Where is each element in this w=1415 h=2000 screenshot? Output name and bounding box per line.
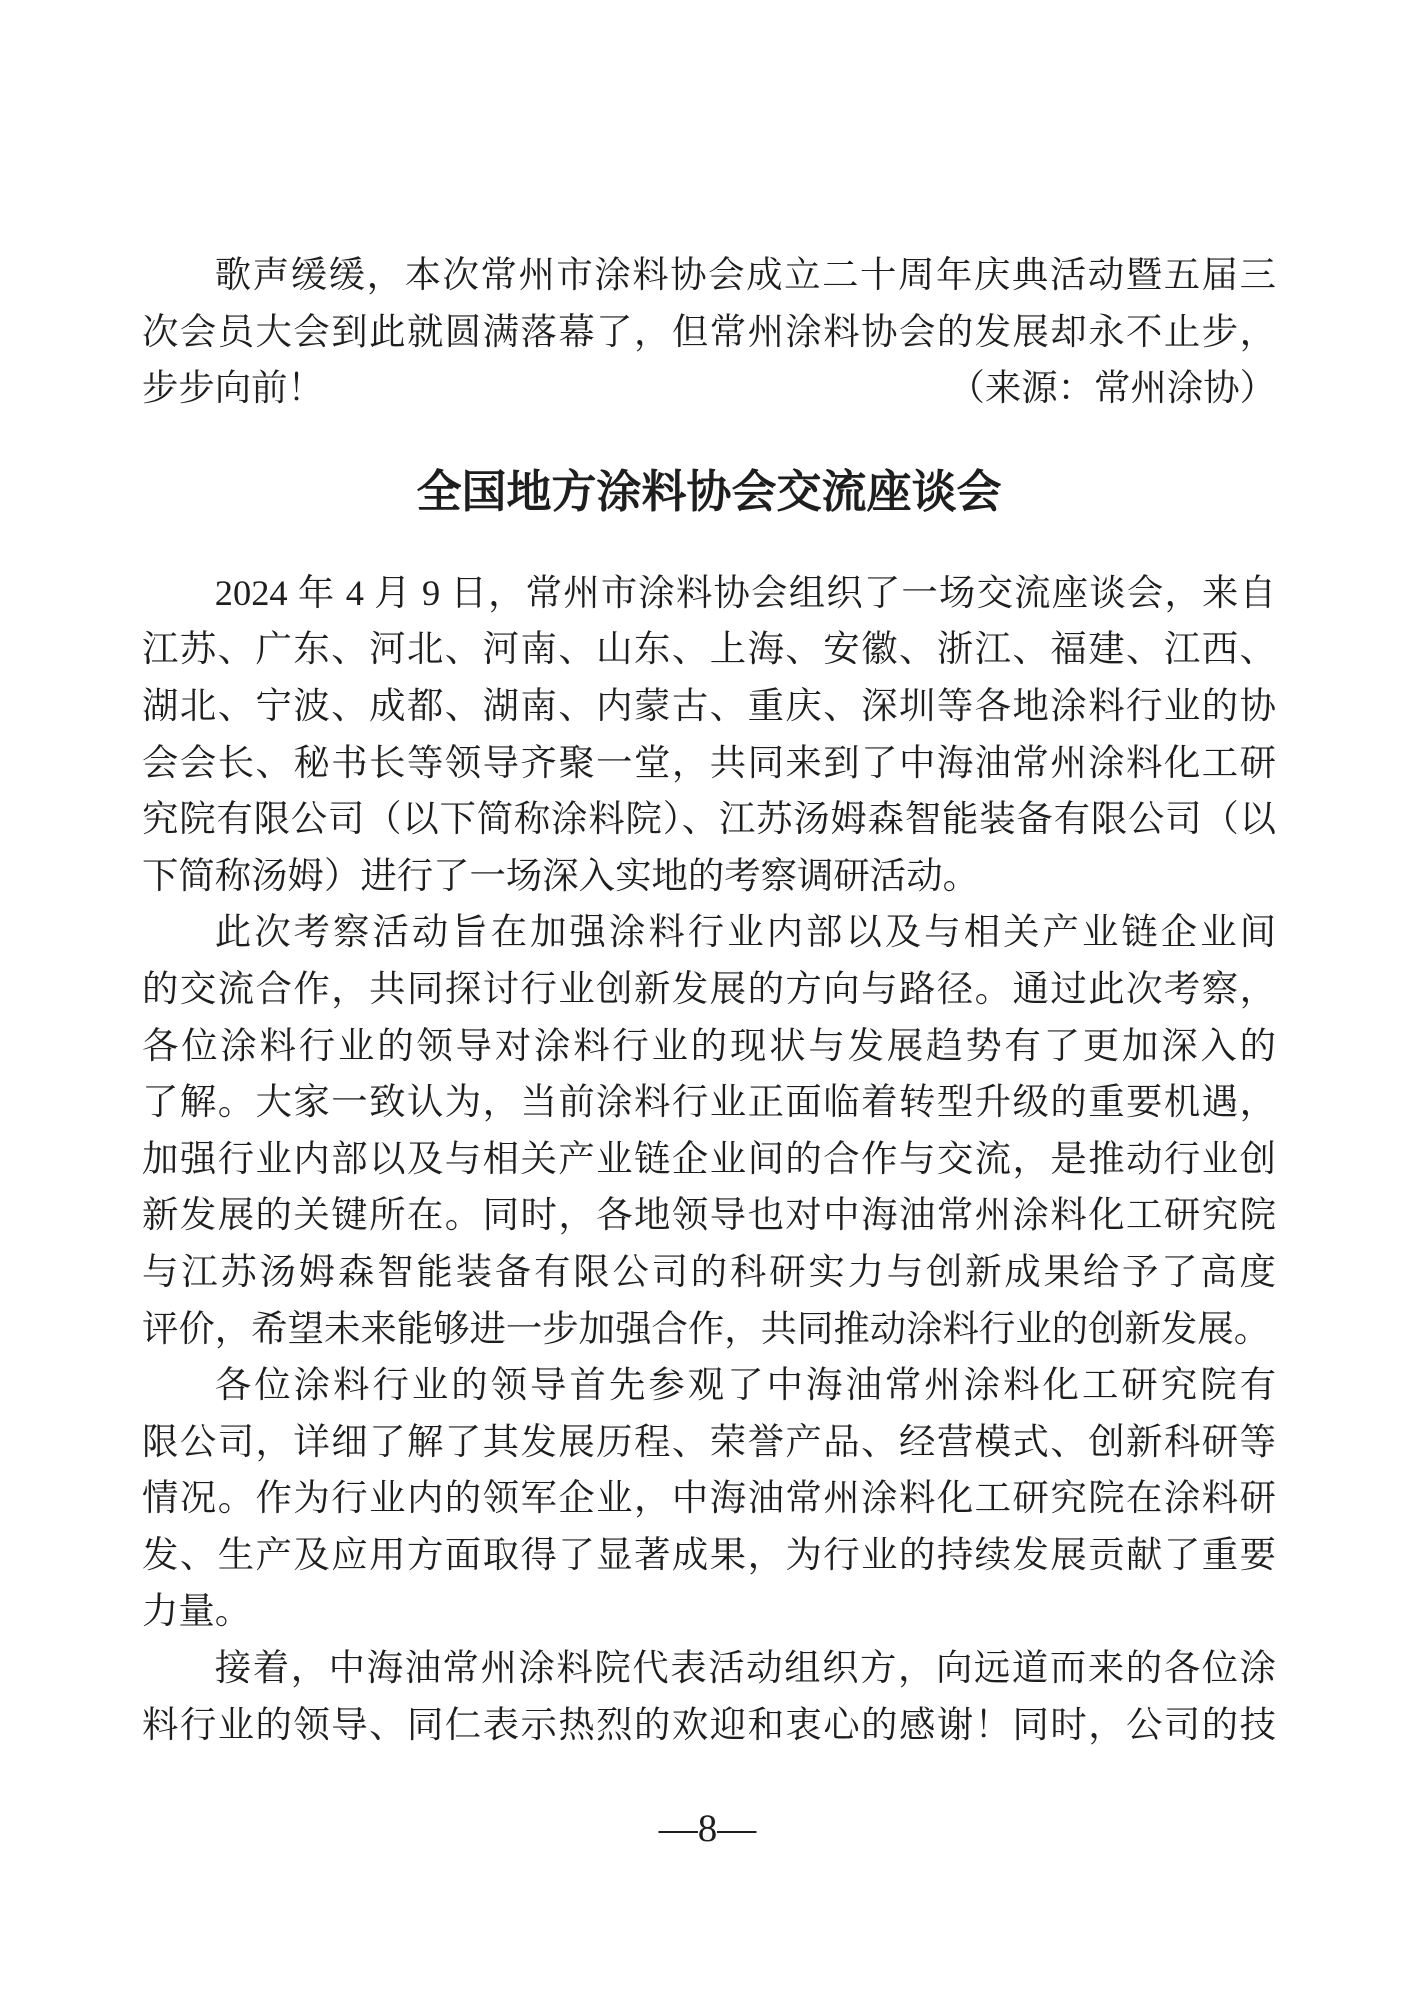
text-line: 料行业的领导、同仁表示热烈的欢迎和衷心的感谢！同时，公司的技: [142, 1697, 1276, 1754]
text-line: 下简称汤姆）进行了一场深入实地的考察调研活动。: [142, 848, 1276, 905]
text-line: 的交流合作，共同探讨行业创新发展的方向与路径。通过此次考察，: [142, 961, 1276, 1018]
closing-phrase: 步步向前！: [142, 360, 324, 417]
paragraph-3: 各位涂料行业的领导首先参观了中海油常州涂料化工研究院有 限公司，详细了解了其发展…: [142, 1357, 1276, 1640]
text-line: 接着，中海油常州涂料院代表活动组织方，向远道而来的各位涂: [142, 1640, 1276, 1697]
paragraph-2: 此次考察活动旨在加强涂料行业内部以及与相关产业链企业间 的交流合作，共同探讨行业…: [142, 904, 1276, 1357]
text-line: 发、生产及应用方面取得了显著成果，为行业的持续发展贡献了重要: [142, 1527, 1276, 1584]
text-line: 湖北、宁波、成都、湖南、内蒙古、重庆、深圳等各地涂料行业的协: [142, 678, 1276, 735]
source-attribution: （来源：常州涂协）: [948, 360, 1276, 417]
text-column: 歌声缓缓，本次常州市涂料协会成立二十周年庆典活动暨五届三 次会员大会到此就圆满落…: [142, 247, 1276, 1753]
text-line: 歌声缓缓，本次常州市涂料协会成立二十周年庆典活动暨五届三: [142, 247, 1276, 304]
text-line: 各位涂料行业的领导对涂料行业的现状与发展趋势有了更加深入的: [142, 1018, 1276, 1075]
article-title: 全国地方涂料协会交流座谈会: [142, 462, 1276, 522]
text-line: 2024 年 4 月 9 日，常州市涂料协会组织了一场交流座谈会，来自: [142, 565, 1276, 622]
text-line: 力量。: [142, 1583, 1276, 1640]
text-line: 与江苏汤姆森智能装备有限公司的科研实力与创新成果给予了高度: [142, 1244, 1276, 1301]
closing-paragraph: 歌声缓缓，本次常州市涂料协会成立二十周年庆典活动暨五届三 次会员大会到此就圆满落…: [142, 247, 1276, 417]
text-line: 新发展的关键所在。同时，各地领导也对中海油常州涂料化工研究院: [142, 1187, 1276, 1244]
text-line: 限公司，详细了解了其发展历程、荣誉产品、经营模式、创新科研等: [142, 1414, 1276, 1471]
paragraph-1: 2024 年 4 月 9 日，常州市涂料协会组织了一场交流座谈会，来自 江苏、广…: [142, 565, 1276, 905]
text-line: 加强行业内部以及与相关产业链企业间的合作与交流，是推动行业创: [142, 1131, 1276, 1188]
document-page: 歌声缓缓，本次常州市涂料协会成立二十周年庆典活动暨五届三 次会员大会到此就圆满落…: [0, 0, 1415, 2000]
text-line: 此次考察活动旨在加强涂料行业内部以及与相关产业链企业间: [142, 904, 1276, 961]
paragraph-4: 接着，中海油常州涂料院代表活动组织方，向远道而来的各位涂 料行业的领导、同仁表示…: [142, 1640, 1276, 1753]
text-line: 会会长、秘书长等领导齐聚一堂，共同来到了中海油常州涂料化工研: [142, 735, 1276, 792]
text-line: 各位涂料行业的领导首先参观了中海油常州涂料化工研究院有: [142, 1357, 1276, 1414]
text-line: 了解。大家一致认为，当前涂料行业正面临着转型升级的重要机遇，: [142, 1074, 1276, 1131]
text-line: 江苏、广东、河北、河南、山东、上海、安徽、浙江、福建、江西、: [142, 621, 1276, 678]
text-line: 情况。作为行业内的领军企业，中海油常州涂料化工研究院在涂料研: [142, 1470, 1276, 1527]
text-line: 次会员大会到此就圆满落幕了，但常州涂料协会的发展却永不止步，: [142, 304, 1276, 361]
text-line: 评价，希望未来能够进一步加强合作，共同推动涂料行业的创新发展。: [142, 1301, 1276, 1358]
page-number: —8—: [0, 1806, 1415, 1852]
text-line: 究院有限公司（以下简称涂料院）、江苏汤姆森智能装备有限公司（以: [142, 791, 1276, 848]
text-line: 步步向前！ （来源：常州涂协）: [142, 360, 1276, 417]
